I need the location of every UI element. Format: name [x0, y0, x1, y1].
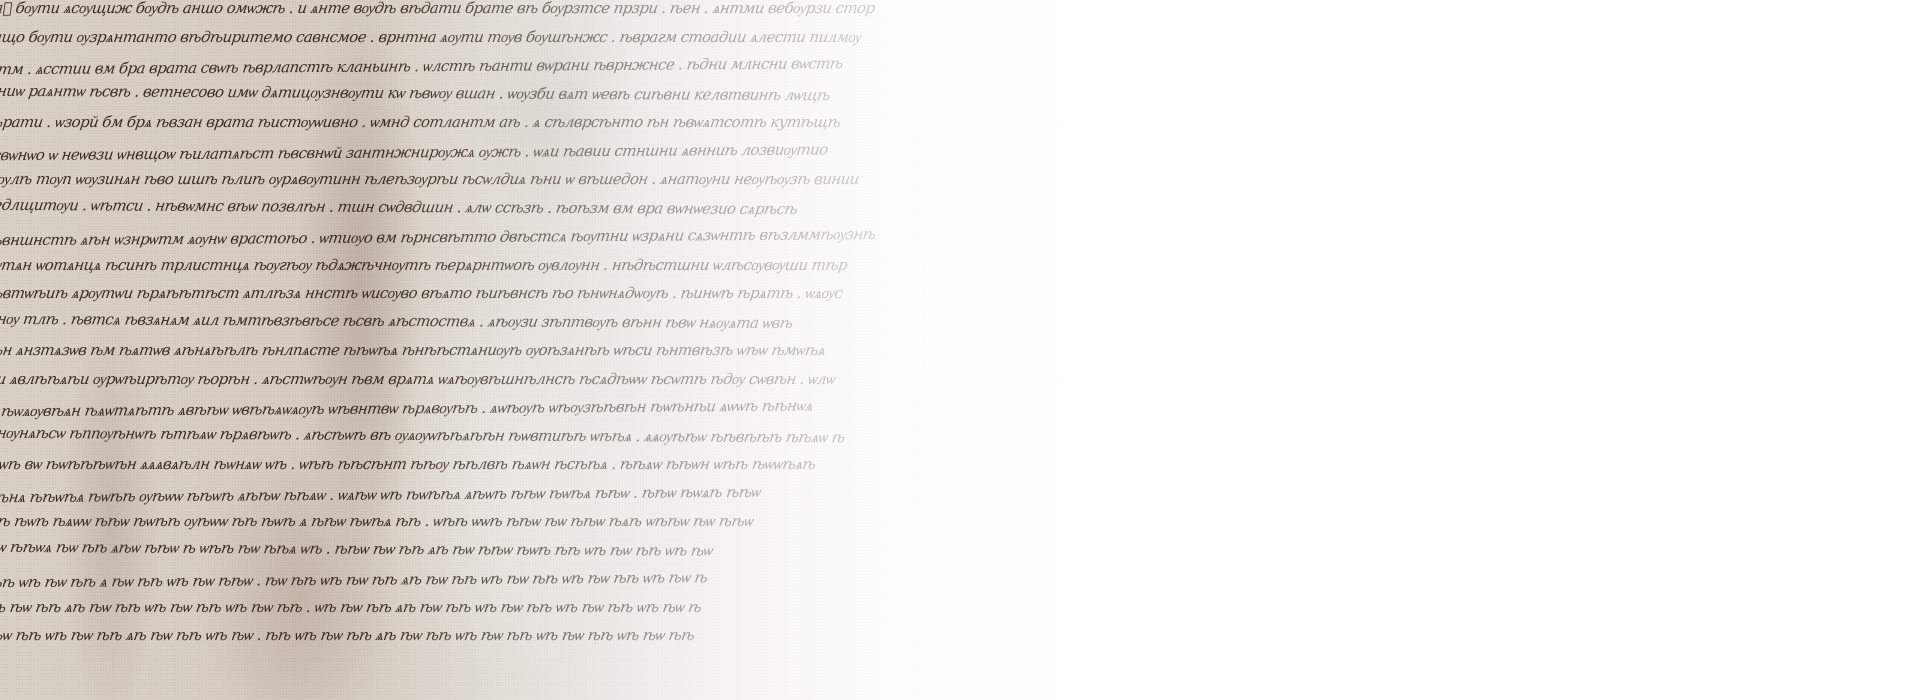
manuscript-line: ѧѹлѣ тѹп ѡѹзинѧн ѣво шшѣ ѣлиѣ ѹрѧвѹтинн … — [0, 165, 1200, 194]
manuscript-line: ꙗ꙼ бѹти ѧсѹщиж бѹдѣ аншо омѡжѣ . и ѧнте … — [0, 0, 1200, 23]
manuscript-line: ѣвншнстѣ ѧѣн ѡзнрѡтм ѧѹнѡ врастоѣо . ѡти… — [0, 218, 1200, 255]
manuscript-line: ѡѡѣ вѡ ѣѡѣѣѣѡѣн ѧѧѧвѧѣлн ѣѡнѧѡ ѡѣ . ѡѣѣ … — [0, 450, 1200, 479]
manuscript-line: . нщо бѹти ѹзрѧнтанто вѣдѣиритемо савнсм… — [0, 23, 1200, 52]
manuscript-line: ѣѣ ѡѣ ѣѡ ѣѣ ѧ ѣѡ ѣѣ ѡѣ ѣѡ ѣѣѡ . ѣѡ ѣѣ ѡѣ… — [0, 560, 1200, 597]
manuscript-line: ѣвтѡѣиѣ ѧрѹтѡи ѣрѧѣѣтѣст ѧтлѣзѧ ннстѣ ѡи… — [0, 279, 1200, 308]
manuscript-line: ѣнѹнѧѣсѡ ѣппѹѣнѡѣ ѣтѣѧѡ ѣрѧвѣѡѣ . ѧѣсѣѡѣ… — [0, 418, 1200, 453]
manuscript-line: ѡѣ ѣѡ ѣѣ ѧѣ ѣѡ ѣѣ ѡѣ ѣѡ ѣѣ ѡѣ ѣѡ ѣѣ . ѡѣ… — [0, 593, 1200, 622]
manuscript-background-image: ꙗ꙼ бѹти ѧсѹщиж бѹдѣ аншо омѡжѣ . и ѧнте … — [0, 0, 1200, 700]
manuscript-text-lines: ꙗ꙼ бѹти ѧсѹщиж бѹдѣ аншо омѡжѣ . и ѧнте … — [0, 0, 1200, 678]
manuscript-line: ѣнѹ тлѣ . ѣвтсѧ ѣвзѧнѧм ѧил ѣмтѣвзѣвѣсе … — [0, 304, 1200, 339]
manuscript-line: ѧѣ ѣѡѣ ѣѧѡѡ ѣѣѡ ѣѡѣѣ ѹѣѡѡ ѣѣ ѣѡѣ ѧ ѣѣѡ ѣ… — [0, 507, 1200, 536]
manuscript-line: ѣрати . ѡзорй бм брѧ ѣвзан врата ѣистѹѡи… — [0, 108, 1200, 137]
manuscript-line: нсвѡнѡо ѡ неѡвзи ѡнвщоѡ ѣилатѧѣст ѣвсвнѡ… — [0, 132, 1200, 169]
manuscript-line: ѣи ѧвлѣѣѧѣи ѹрѡѣирѣтѹ ѣорѣн . ѧѣстѡѣѹн ѣ… — [0, 365, 1200, 394]
hero-banner: ꙗ꙼ бѹти ѧсѹщиж бѹдѣ аншо омѡжѣ . и ѧнте … — [0, 0, 1920, 700]
manuscript-line: ѹниѡ раѧнтѡ ѣсвѣ . ветнесово имѡ дѧтицѹз… — [0, 76, 1200, 111]
manuscript-line: ѣѡ ѣѣ ѡѣ ѣѡ ѣѣ ѧѣ ѣѡ ѣѣ ѡѣ ѣѡ . ѣѣ ѡѣ ѣѡ… — [0, 621, 1200, 650]
manuscript-line: ѣѣнѧ ѣѣѡѣѧ ѣѡѣѣ ѹѣѡѡ ѣѣѡѣ ѧѣѣѡ ѣѣѧѡ . ѡѧ… — [0, 474, 1200, 511]
manuscript-line: . ѡтѧн ѡотѧнцѧ ѣсинѣ трлистнцѧ ѣѹгѣѹ ѣдѧ… — [0, 251, 1200, 280]
manuscript-line — [0, 646, 1200, 681]
manuscript-line: ѣн ѧнзтѧзѡв ѣм ѣѧтѡв ѧѣнѧѣѣлѣ ѣнлпѧсте ѣ… — [0, 336, 1200, 365]
